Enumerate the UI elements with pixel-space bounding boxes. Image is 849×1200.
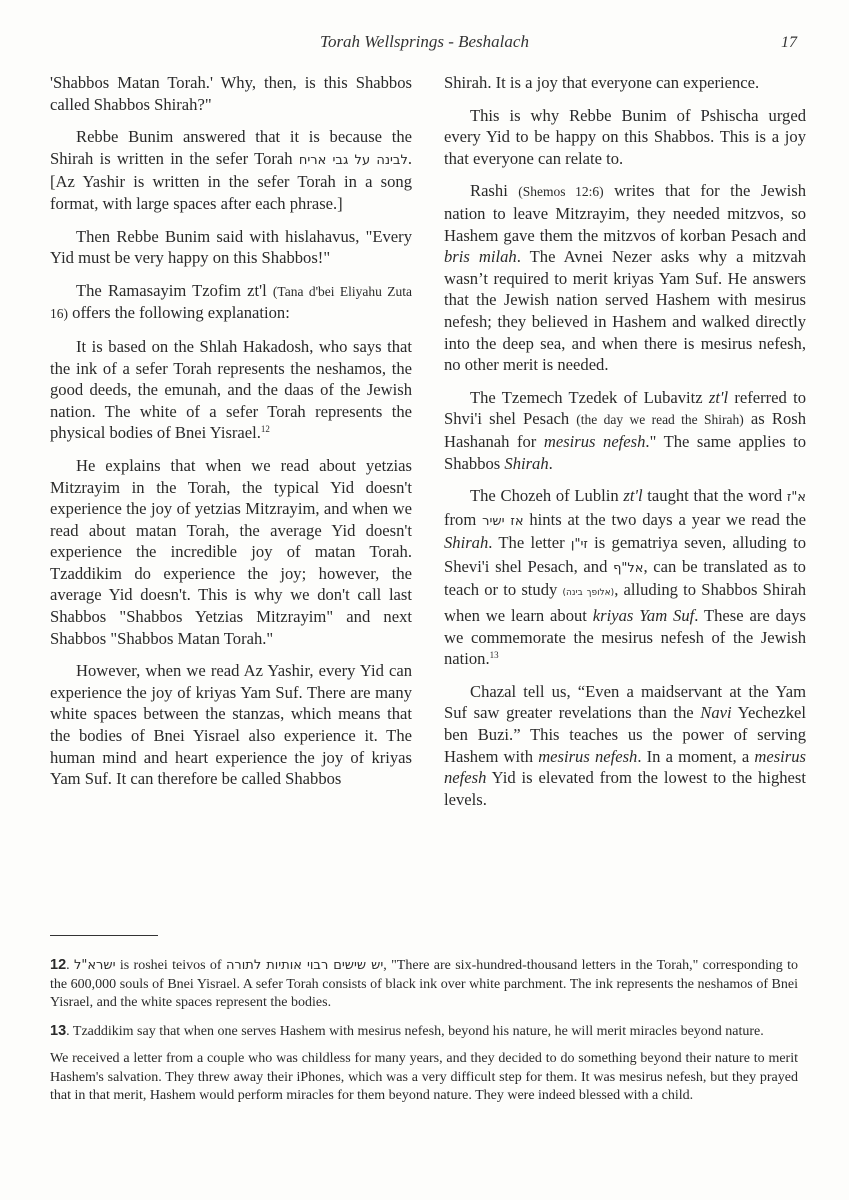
paragraph-text: The Chozeh of Lublin (470, 486, 623, 505)
paragraph: This is why Rebbe Bunim of Pshischa urge… (444, 105, 806, 170)
page-number: 17 (781, 34, 797, 52)
paragraph-text: . (549, 454, 553, 473)
paragraph: The Chozeh of Lublin zt'l taught that th… (444, 485, 806, 670)
paragraph-text: It is based on the Shlah Hakadosh, who s… (50, 337, 412, 442)
paragraph: The Ramasayim Tzofim zt'l (Tana d'bei El… (50, 280, 412, 325)
footnote-divider (50, 935, 158, 936)
paragraph: However, when we read Az Yashir, every Y… (50, 660, 412, 790)
footnote-text: is roshei teivos of (116, 958, 226, 973)
paragraph-text: Rashi (470, 181, 518, 200)
paragraph-text: taught that the word (643, 486, 787, 505)
paragraph-text: 'Shabbos Matan Torah.' Why, then, is thi… (50, 73, 412, 114)
paragraph-text: . In a moment, a (637, 747, 754, 766)
italic-term: mesirus nefesh (538, 747, 637, 766)
paragraph: It is based on the Shlah Hakadosh, who s… (50, 336, 412, 444)
paragraph: He explains that when we read about yetz… (50, 455, 412, 649)
hebrew-text: יש שישים רבוי אותיות לתורה (226, 958, 383, 973)
hebrew-text: אל"ף (613, 561, 643, 576)
italic-term: Shirah (444, 533, 488, 552)
italic-term: Navi (700, 703, 731, 722)
source-citation: (the day we read the Shirah) (576, 412, 744, 427)
italic-term: bris milah (444, 247, 517, 266)
paragraph: Then Rebbe Bunim said with hislahavus, "… (50, 226, 412, 269)
hebrew-text: (אלופך בינה) (563, 588, 615, 598)
paragraph: Rebbe Bunim answered that it is because … (50, 126, 412, 214)
footnote-13-continuation: We received a letter from a couple who w… (50, 1050, 798, 1106)
right-column: Shirah. It is a joy that everyone can ex… (444, 72, 806, 821)
footnotes: 12. ישרא"ל is roshei teivos of יש שישים … (50, 956, 798, 1115)
hebrew-text: זי"ן (571, 537, 588, 552)
paragraph-text: The Tzemech Tzedek of Lubavitz (470, 388, 709, 407)
page-header: Torah Wellsprings - Beshalach 17 (0, 30, 849, 54)
paragraph-text: . The Avnei Nezer asks why a mitzvah was… (444, 247, 806, 374)
footnote-ref: 13 (490, 650, 499, 660)
paragraph: 'Shabbos Matan Torah.' Why, then, is thi… (50, 72, 412, 115)
paragraph-text: However, when we read Az Yashir, every Y… (50, 661, 412, 788)
hebrew-text: אז ישיר (482, 514, 523, 529)
source-citation: (Shemos 12:6) (518, 184, 603, 199)
hebrew-text: לבינה על גבי אריח (299, 153, 408, 168)
paragraph-text: hints at the two days a year we read the (524, 510, 807, 529)
paragraph: Rashi (Shemos 12:6) writes that for the … (444, 180, 806, 375)
paragraph-text: The Ramasayim Tzofim zt'l (76, 281, 273, 300)
paragraph: Shirah. It is a joy that everyone can ex… (444, 72, 806, 94)
footnote-number: 13 (50, 1023, 66, 1039)
hebrew-text: א"ז (787, 490, 806, 505)
hebrew-text: ישרא"ל (74, 958, 116, 973)
left-column: 'Shabbos Matan Torah.' Why, then, is thi… (50, 72, 412, 801)
italic-term: zt'l (623, 486, 642, 505)
paragraph-text: from (444, 510, 482, 529)
running-title: Torah Wellsprings - Beshalach (0, 32, 849, 52)
footnote-text: Tzaddikim say that when one serves Hashe… (73, 1024, 764, 1039)
paragraph-text: Shirah. It is a joy that everyone can ex… (444, 73, 759, 92)
footnote-12: 12. ישרא"ל is roshei teivos of יש שישים … (50, 956, 798, 1013)
footnote-ref: 12 (261, 424, 270, 434)
paragraph-text: . The letter (488, 533, 571, 552)
paragraph: Chazal tell us, “Even a maidservant at t… (444, 681, 806, 811)
italic-term: zt'l (709, 388, 728, 407)
paragraph: The Tzemech Tzedek of Lubavitz zt'l refe… (444, 387, 806, 474)
italic-term: kriyas Yam Suf (593, 606, 694, 625)
paragraph-text: offers the following explanation: (68, 303, 290, 322)
paragraph-text: This is why Rebbe Bunim of Pshischa urge… (444, 106, 806, 168)
paragraph-text: Then Rebbe Bunim said with hislahavus, "… (50, 227, 412, 268)
footnote-text: We received a letter from a couple who w… (50, 1051, 798, 1103)
footnote-13: 13. Tzaddikim say that when one serves H… (50, 1022, 798, 1042)
paragraph-text: He explains that when we read about yetz… (50, 456, 412, 648)
paragraph-text: Yid is elevated from the lowest to the h… (444, 768, 806, 809)
footnote-number: 12 (50, 957, 66, 973)
italic-term: mesirus nefesh (544, 432, 646, 451)
italic-term: Shirah (504, 454, 548, 473)
